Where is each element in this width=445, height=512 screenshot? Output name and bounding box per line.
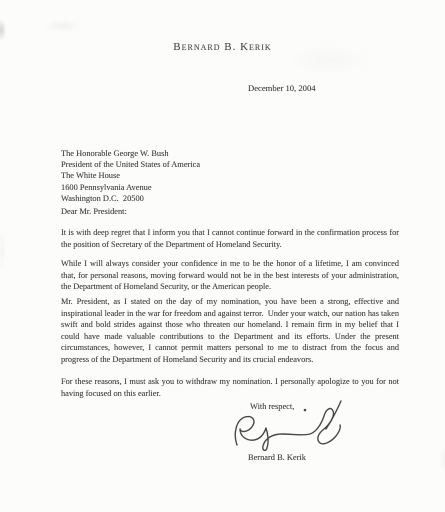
signature-typed-name: Bernard B. Kerik — [248, 453, 306, 462]
paragraph-4: For these reasons, I must ask you to wit… — [61, 376, 399, 399]
recipient-line: President of the United States of Americ… — [61, 159, 200, 170]
paragraph-3: Mr. President, as I stated on the day of… — [61, 296, 399, 365]
letter-date: December 10, 2004 — [248, 83, 316, 93]
recipient-line: Washington D.C. 20500 — [61, 193, 200, 204]
letter-page: Bernard B. Kerik December 10, 2004 The H… — [0, 0, 445, 512]
paragraph-2: While I will always consider your confid… — [61, 258, 399, 293]
signature-stroke — [326, 401, 341, 429]
signature — [230, 398, 342, 454]
signature-stroke — [235, 409, 340, 451]
recipient-line: The Honorable George W. Bush — [61, 148, 200, 159]
signature-pen-dot — [304, 409, 307, 412]
paragraph-1: It is with deep regret that I inform you… — [61, 227, 399, 250]
salutation: Dear Mr. President: — [61, 207, 127, 216]
letterhead-name: Bernard B. Kerik — [0, 41, 445, 53]
recipient-line: The White House — [61, 170, 200, 181]
recipient-line: 1600 Pennsylvania Avenue — [61, 182, 200, 193]
recipient-address: The Honorable George W. Bush President o… — [61, 148, 200, 204]
